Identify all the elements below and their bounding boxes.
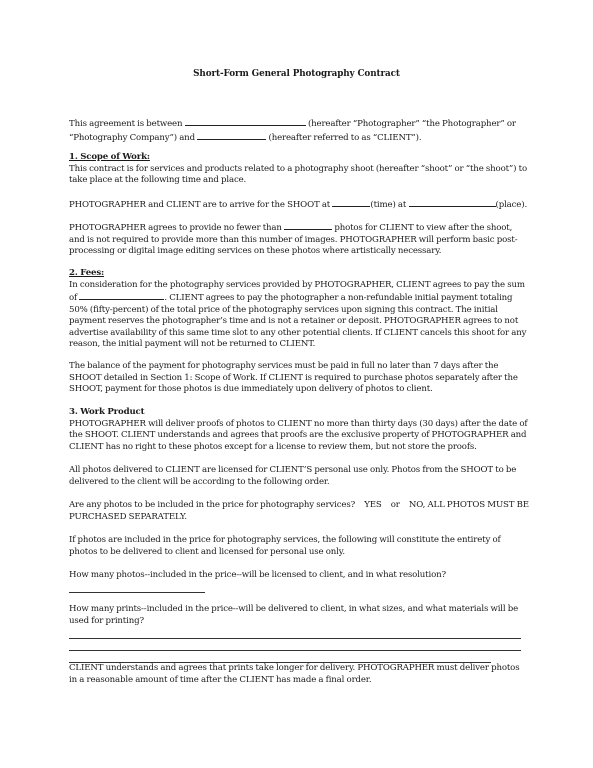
client-name-field[interactable]	[197, 131, 266, 140]
intro-text: This agreement is between	[69, 119, 182, 129]
photographer-name-field[interactable]	[185, 117, 306, 126]
photos-resolution-answer-line[interactable]	[69, 592, 205, 593]
shoot-arrival-text: PHOTOGRAPHER and CLIENT are to arrive fo…	[69, 200, 330, 210]
section-2-paragraph-2: The balance of the payment for photograp…	[69, 361, 529, 396]
prints-answer-line-1[interactable]	[69, 638, 521, 639]
section-3-paragraph-4: If photos are included in the price for …	[69, 535, 529, 558]
intro-paragraph: This agreement is between (hereafter “Ph…	[69, 117, 529, 144]
shoot-place-field[interactable]	[409, 198, 496, 207]
shoot-time-field[interactable]	[332, 198, 370, 207]
section-3-paragraph-1: PHOTOGRAPHER will deliver proofs of phot…	[69, 419, 529, 454]
yes-option[interactable]: YES	[364, 500, 381, 510]
included-question-text: Are any photos to be included in the pri…	[69, 500, 355, 510]
document-title: Short-Form General Photography Contract	[0, 69, 593, 81]
place-label: (place).	[496, 200, 528, 210]
fees-text: . CLIENT agrees to pay the photographer …	[69, 293, 526, 349]
section-2-paragraph-1: In consideration for the photography ser…	[69, 280, 529, 352]
or-text: or	[391, 500, 400, 510]
section-1-paragraph-2: PHOTOGRAPHER and CLIENT are to arrive fo…	[69, 198, 529, 212]
section-1-paragraph-3: PHOTOGRAPHER agrees to provide no fewer …	[69, 221, 529, 258]
min-photos-field[interactable]	[284, 221, 332, 230]
section-2-heading: 2. Fees:	[69, 268, 529, 280]
contract-page: Short-Form General Photography Contract …	[0, 0, 593, 768]
section-1-heading: 1. Scope of Work:	[69, 152, 529, 164]
section-3-paragraph-2: All photos delivered to CLIENT are licen…	[69, 465, 529, 488]
intro-text: “Photography Company”) and	[69, 133, 195, 143]
time-label: (time) at	[370, 200, 406, 210]
photos-resolution-question: How many photos--included in the price--…	[69, 570, 529, 582]
intro-text: (hereafter “Photographer” “the Photograp…	[308, 119, 516, 129]
section-3-included-question: Are any photos to be included in the pri…	[69, 500, 529, 523]
section-1-paragraph-1: This contract is for services and produc…	[69, 164, 529, 187]
section-3-heading: 3. Work Product	[69, 407, 529, 419]
section-3-paragraph-7: CLIENT understands and agrees that print…	[69, 663, 529, 686]
intro-text: (hereafter referred to as “CLIENT”).	[269, 133, 422, 143]
prints-answer-line-2[interactable]	[69, 650, 521, 651]
photo-count-text: PHOTOGRAPHER agrees to provide no fewer …	[69, 223, 282, 233]
prints-question: How many prints--included in the price--…	[69, 604, 529, 627]
total-sum-field[interactable]	[79, 291, 164, 300]
